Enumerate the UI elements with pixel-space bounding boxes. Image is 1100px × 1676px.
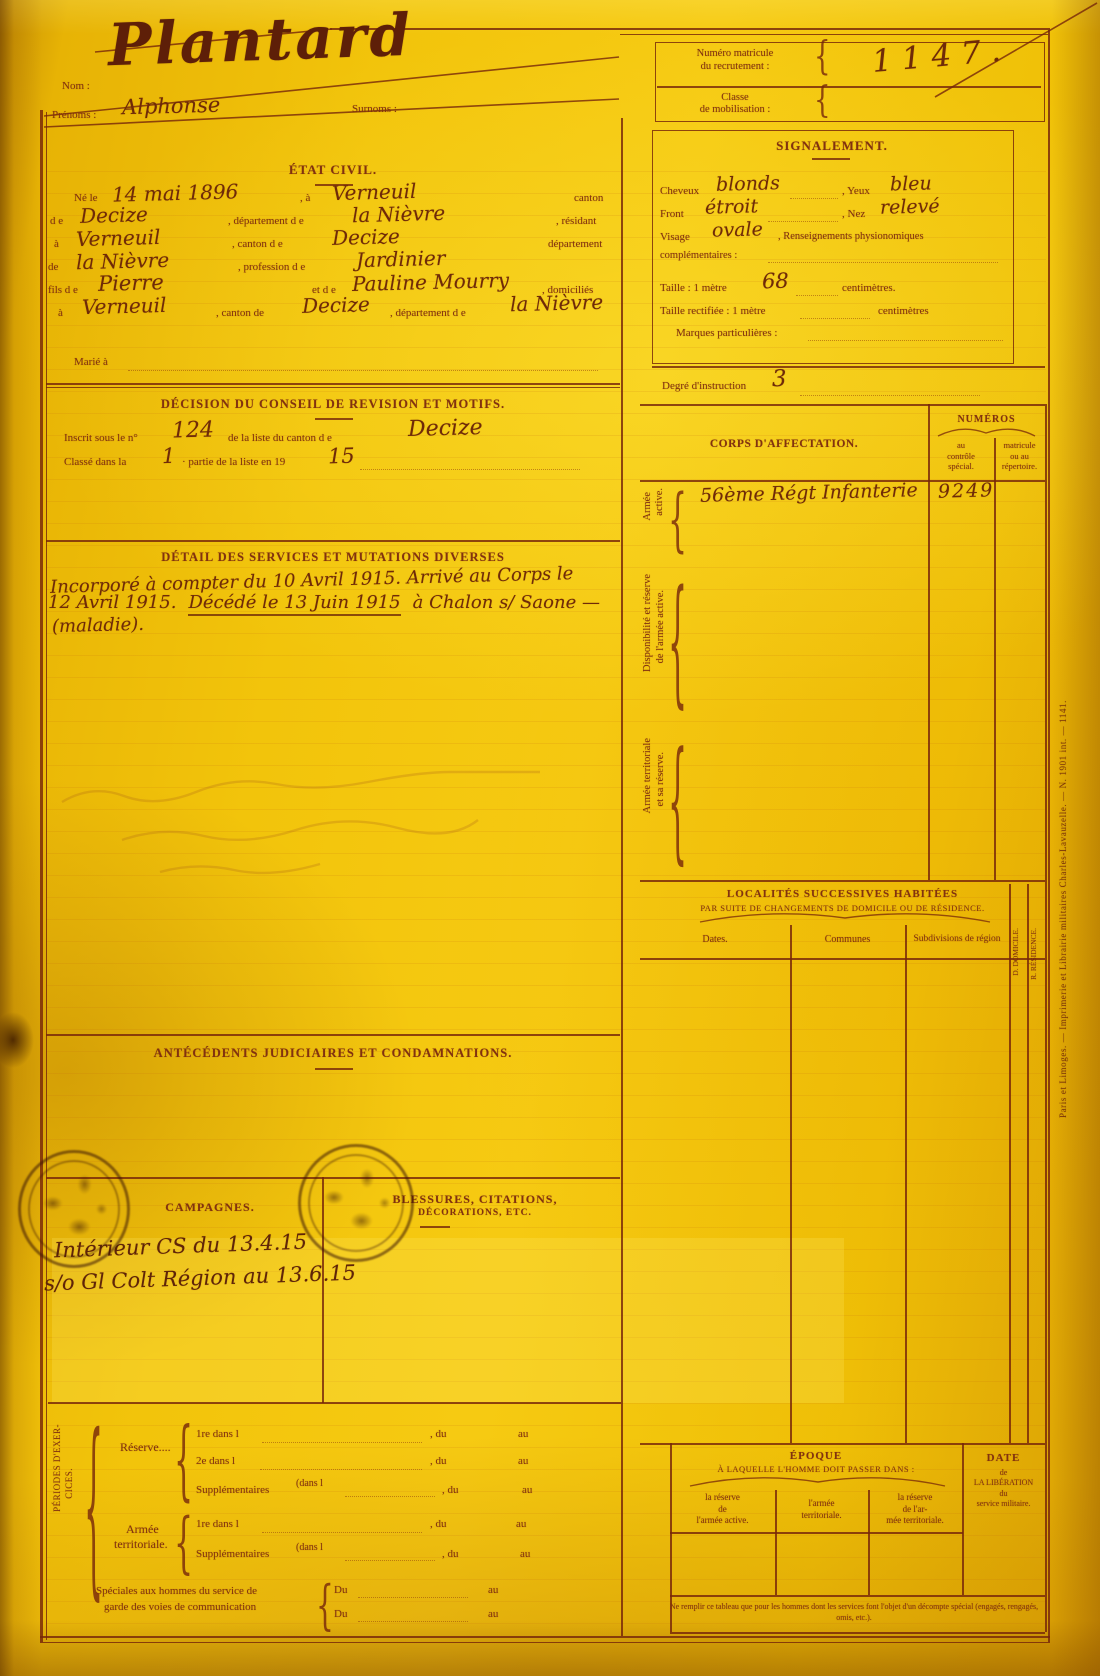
rule-line — [657, 86, 1041, 88]
campagnes-title: CAMPAGNES. — [100, 1200, 320, 1215]
periodes-vertical-label-2: CICES. — [64, 1468, 74, 1499]
classe-label: Classé dans la — [64, 456, 126, 468]
domicile-departement-value: la Nièvre — [510, 290, 604, 316]
taille-rectifiee-label: Taille rectifiée : 1 mètre — [660, 305, 766, 317]
brace: { — [668, 488, 687, 557]
rule-line — [48, 1402, 621, 1404]
rule-line — [928, 404, 930, 880]
armee-territoriale-label: Armée — [126, 1522, 159, 1537]
blank-line — [358, 1596, 468, 1598]
rule-line — [905, 925, 907, 1443]
etat-civil-title: ÉTAT CIVIL. — [46, 162, 620, 178]
services-line-2: 12 Avril 1915. Décédé le 13 Juin 1915 à … — [48, 592, 600, 613]
date-liberation-header: DATE — [962, 1452, 1045, 1464]
a-label: , à — [300, 192, 310, 204]
au-label: au — [516, 1518, 526, 1530]
rule-line — [46, 1034, 620, 1036]
territoriale-group-label-2: et sa réserve. — [655, 752, 666, 807]
rule-line — [640, 1443, 1045, 1445]
fils-de-label: fils d e — [48, 284, 78, 296]
inscrit-canton-value: Decize — [408, 415, 483, 442]
rule-line — [670, 1532, 963, 1534]
brace: { — [174, 1420, 193, 1507]
nez-value: relevé — [880, 195, 940, 219]
blank-line — [808, 339, 1003, 341]
father-name-value: Pierre — [98, 270, 164, 296]
a-label: à — [54, 238, 59, 250]
paper-patch — [52, 1238, 844, 1403]
epoque-title: ÉPOQUE — [670, 1450, 962, 1462]
brace: { — [668, 578, 687, 716]
cheveux-label: Cheveux — [660, 185, 699, 197]
rule-line — [652, 366, 1045, 368]
residence-column-header: R. RÉSIDENCE. — [1029, 928, 1038, 980]
profession-value: Jardinier — [356, 246, 446, 272]
marques-label: Marques particulières : — [676, 327, 777, 339]
nez-label: , Nez — [842, 208, 865, 220]
rule-line — [46, 387, 620, 388]
brace: { — [814, 83, 831, 119]
de-label: d e — [50, 215, 63, 227]
classe-mobilisation-label: Classe — [660, 92, 810, 103]
localites-subtitle: PAR SUITE DE CHANGEMENTS DE DOMICILE OU … — [640, 903, 1045, 913]
disponibilite-group-label: Disponibilité et réserve — [642, 574, 653, 672]
armee-territoriale-label-2: territoriale. — [114, 1537, 168, 1552]
rule-line — [1045, 404, 1047, 1632]
blank-line — [260, 1468, 422, 1470]
canton-label: , canton de — [216, 307, 264, 319]
rule-line — [790, 925, 792, 1443]
title-rule — [315, 418, 353, 420]
prenoms-value: Alphonse — [122, 93, 221, 120]
rule-line — [40, 110, 43, 1642]
front-value: étroit — [705, 195, 759, 218]
rule-line — [962, 1443, 964, 1595]
au-label: au — [522, 1484, 532, 1496]
taille-label: Taille : 1 mètre — [660, 282, 727, 294]
yeux-value: bleu — [890, 172, 932, 195]
dates-column-header: Dates. — [640, 934, 790, 945]
communes-column-header: Communes — [790, 934, 905, 945]
au-label: au — [488, 1584, 498, 1596]
reserve-label: Réserve.... — [120, 1440, 171, 1455]
inscrit-label: Inscrit sous le n° — [64, 432, 138, 444]
residence-canton-value: Decize — [332, 224, 400, 250]
title-rule — [315, 1068, 353, 1070]
ne-le-label: Né le — [74, 192, 98, 204]
rule-line — [46, 540, 620, 542]
epoque-col3-header: la réserve de l'ar- mée territoriale. — [868, 1492, 962, 1527]
brace: { — [814, 38, 831, 77]
services-title: DÉTAIL DES SERVICES ET MUTATIONS DIVERSE… — [46, 550, 620, 565]
rule-line — [670, 1595, 1045, 1597]
rule-line — [46, 112, 47, 1640]
date-liberation-subtitle: de LA LIBÉRATION du service militaire. — [962, 1468, 1045, 1510]
services-line-2-end: à Chalon s/ Saone — — [413, 592, 600, 613]
brace: { — [84, 1418, 103, 1610]
rule-line — [640, 958, 1045, 960]
nom-label: Nom : — [62, 80, 90, 92]
speciales-label: Spéciales aux hommes du service de — [96, 1585, 257, 1597]
domicile-column-header: D. DOMICILE. — [1011, 928, 1020, 976]
blank-line — [790, 197, 838, 199]
dans-l-label: (dans l — [296, 1478, 323, 1489]
classe-partie-value: 1 — [162, 444, 176, 468]
marie-label: Marié à — [74, 356, 108, 368]
corps-affectation-header: CORPS D'AFFECTATION. — [640, 438, 928, 450]
epoque-note: Ne remplir ce tableau que pour les homme… — [665, 1602, 1043, 1624]
blank-line — [768, 220, 838, 222]
inscrit-numero-value: 124 — [172, 417, 215, 443]
rule-line — [46, 383, 620, 385]
du-label: , du — [430, 1455, 447, 1467]
dans-l-label: (dans l — [296, 1542, 323, 1553]
blank-line — [796, 294, 838, 296]
armee-active-group-label-2: active. — [654, 488, 665, 516]
departement-label: , département d e — [390, 307, 466, 319]
residence-value: Verneuil — [76, 225, 161, 251]
blank-line — [768, 261, 998, 263]
degre-instruction-label: Degré d'instruction — [662, 380, 746, 392]
signalement-title: SIGNALEMENT. — [652, 138, 1012, 154]
blank-line — [360, 468, 580, 470]
brace: { — [174, 1512, 193, 1578]
epoque-col1-header: la réserve de l'armée active. — [670, 1492, 775, 1527]
blank-line — [345, 1559, 435, 1561]
blank-line — [128, 369, 598, 371]
printer-imprint: Paris et Limoges. — Imprimerie et Librai… — [1058, 700, 1068, 1118]
blank-line — [262, 1441, 422, 1443]
residant-label: , résidant — [556, 215, 596, 227]
degre-instruction-value: 3 — [772, 366, 787, 392]
au-label: au — [488, 1608, 498, 1620]
de-label: de — [48, 261, 58, 273]
rule-line — [1048, 28, 1050, 1642]
du-label: , du — [442, 1548, 459, 1560]
rule-line — [621, 118, 623, 1636]
localites-title: LOCALITÉS SUCCESSIVES HABITÉES — [640, 888, 1045, 900]
disponibilite-group-label-2: de l'armée active. — [655, 590, 666, 663]
classe-suite-label: · partie de la liste en 19 — [182, 456, 285, 468]
profession-label: , profession d e — [238, 261, 305, 273]
visage-value: ovale — [712, 218, 763, 241]
matricule-repertoire-header: matricule ou au répertoire. — [994, 440, 1045, 472]
blank-line — [262, 1531, 422, 1533]
surname-handwritten: Plantard — [107, 1, 414, 80]
blank-line — [345, 1495, 435, 1497]
centimetres-label: centimètres — [878, 305, 929, 317]
death-date-underlined: Décédé le 13 Juin 1915 — [188, 592, 400, 616]
antecedents-title: ANTÉCÉDENTS JUDICIAIRES ET CONDAMNATIONS… — [46, 1046, 620, 1061]
brace: { — [668, 740, 687, 872]
blank-line — [800, 317, 870, 319]
canton-label: , canton d e — [232, 238, 283, 250]
classe-annee-value: 15 — [328, 444, 355, 469]
departement-label: département — [548, 238, 602, 250]
periodes-vertical-label: PÉRIODES D'EXER- — [52, 1424, 62, 1512]
rule-line — [40, 1642, 1050, 1643]
birth-canton-value: Decize — [80, 202, 148, 228]
armee-active-group-label: Armée — [642, 492, 653, 521]
rule-line — [40, 1636, 1050, 1638]
blank-line — [800, 394, 980, 396]
supplementaires-label: Supplémentaires — [196, 1484, 269, 1496]
cheveux-value: blonds — [716, 172, 780, 196]
rule-line — [640, 880, 1045, 882]
au-label: au — [520, 1548, 530, 1560]
territoriale-group-label: Armée territoriale — [642, 738, 653, 814]
du-label: Du — [334, 1608, 347, 1620]
subdivisions-column-header: Subdivisions de région — [905, 934, 1009, 944]
yeux-label: , Yeux — [842, 185, 870, 197]
brace: { — [316, 1580, 334, 1633]
au-label: au — [518, 1428, 528, 1440]
speciales-label-2: garde des voies de communication — [104, 1601, 256, 1613]
domicile-canton-value: Decize — [302, 292, 370, 318]
epoque-col2-header: l'armée territoriale. — [775, 1498, 868, 1521]
military-record-form: Plantard Nom : Prénoms : Alphonse Surnom… — [0, 0, 1100, 1676]
mother-name-value: Pauline Mourry — [352, 268, 510, 296]
decision-title: DÉCISION DU CONSEIL DE REVISION ET MOTIF… — [46, 397, 620, 412]
corps-entry-numero: 9249 — [938, 479, 995, 502]
territoriale-1re-label: 1re dans l — [196, 1518, 239, 1530]
du-label: , du — [430, 1518, 447, 1530]
renseignements-label: , Renseignements physionomiques — [778, 231, 924, 242]
surnoms-label: Surnoms : — [352, 103, 397, 115]
controle-special-header: au contrôle spécial. — [928, 440, 994, 472]
round-stamp — [298, 1144, 414, 1262]
du-label: , du — [442, 1484, 459, 1496]
prenoms-label: Prénoms : — [52, 109, 96, 121]
title-rule — [420, 1226, 450, 1228]
matricule-label: Numéro matricule — [660, 48, 810, 59]
visage-label: Visage — [660, 231, 690, 243]
au-label: au — [518, 1455, 528, 1467]
du-label: Du — [334, 1584, 347, 1596]
matricule-label-2: du recrutement : — [660, 61, 810, 72]
rule-line — [640, 404, 1045, 406]
services-line-3: (maladie). — [52, 614, 145, 637]
du-label: , du — [430, 1428, 447, 1440]
corps-entry: 56ème Régt Infanterie — [700, 479, 918, 507]
taille-value: 68 — [762, 269, 789, 294]
title-rule — [812, 158, 850, 160]
departement-label: , département d e — [228, 215, 304, 227]
front-label: Front — [660, 208, 684, 220]
classe-mobilisation-label-2: de mobilisation : — [660, 104, 810, 115]
rule-line — [330, 28, 1048, 30]
blank-line — [358, 1620, 468, 1622]
a-label: à — [58, 307, 63, 319]
reserve-2e-label: 2e dans l — [196, 1455, 235, 1467]
complementaires-label: complémentaires : — [660, 250, 737, 261]
inscrit-suite-label: de la liste du canton d e — [228, 432, 332, 444]
round-stamp — [18, 1150, 130, 1268]
ink-blotch — [0, 1012, 34, 1068]
supplementaires-label: Supplémentaires — [196, 1548, 269, 1560]
domicile-value: Verneuil — [82, 293, 167, 319]
reserve-1re-label: 1re dans l — [196, 1428, 239, 1440]
services-line-2-start: 12 Avril 1915. — [48, 592, 176, 613]
numeros-header: NUMÉROS — [928, 414, 1045, 425]
canton-label: canton — [574, 192, 603, 204]
rule-line — [994, 438, 996, 880]
epoque-subtitle: À LAQUELLE L'HOMME DOIT PASSER DANS : — [670, 1464, 962, 1474]
rule-line — [670, 1632, 1045, 1634]
centimetres-label: centimètres. — [842, 282, 895, 294]
